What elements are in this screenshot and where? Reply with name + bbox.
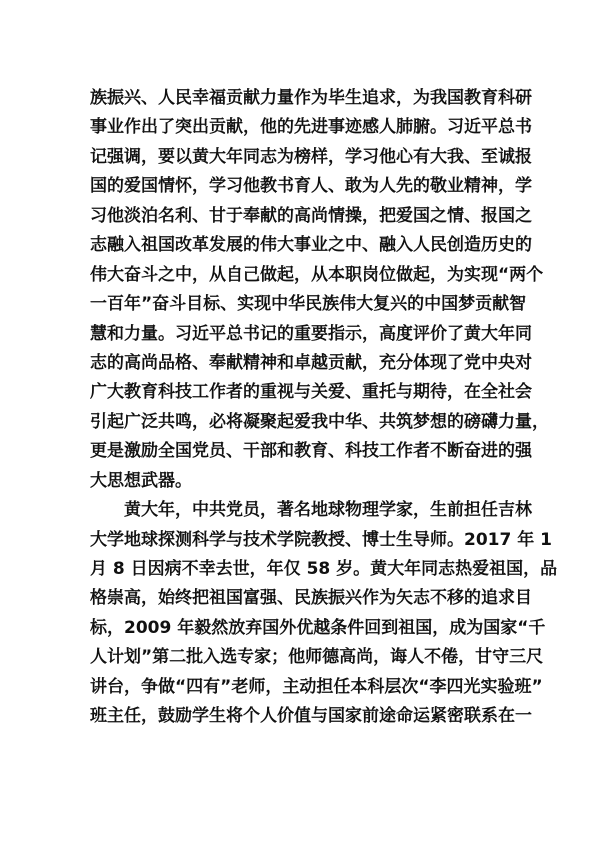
text-line: 国的爱国情怀，学习他教书育人、敢为人先的敬业精神，学	[90, 172, 507, 201]
text-line: 事业作出了突出贡献，他的先进事迹感人肺腑。习近平总书	[90, 113, 507, 142]
text-line: 标，2009 年毅然放弃国外优越条件回到祖国，成为国家“千	[90, 614, 507, 643]
text-line: 伟大奋斗之中，从自己做起，从本职岗位做起，为实现“两个	[90, 261, 507, 290]
paragraph-1: 族振兴、人民幸福贡献力量作为毕生追求，为我国教育科研 事业作出了突出贡献，他的先…	[90, 84, 507, 496]
text-line: 广大教育科技工作者的重视与关爱、重托与期待，在全社会	[90, 378, 507, 407]
text-line: 志融入祖国改革发展的伟大事业之中、融入人民创造历史的	[90, 231, 507, 260]
text-line: 大思想武器。	[90, 467, 507, 496]
text-line: 引起广泛共鸣，必将凝聚起爱我中华、共筑梦想的磅礴力量，	[90, 408, 507, 437]
text-line: 记强调，要以黄大年同志为榜样，学习他心有大我、至诚报	[90, 143, 507, 172]
text-line: 族振兴、人民幸福贡献力量作为毕生追求，为我国教育科研	[90, 84, 507, 113]
text-line: 讲台，争做“四有”老师，主动担任本科层次“李四光实验班”	[90, 673, 507, 702]
text-line: 大学地球探测科学与技术学院教授、博士生导师。2017 年 1	[90, 526, 507, 555]
text-line: 更是激励全国党员、干部和教育、科技工作者不断奋进的强	[90, 437, 507, 466]
text-line: 月 8 日因病不幸去世，年仅 58 岁。黄大年同志热爱祖国，品	[90, 555, 507, 584]
document-page: 族振兴、人民幸福贡献力量作为毕生追求，为我国教育科研 事业作出了突出贡献，他的先…	[90, 84, 507, 732]
text-line: 一百年”奋斗目标、实现中华民族伟大复兴的中国梦贡献智	[90, 290, 507, 319]
text-line: 习他淡泊名利、甘于奉献的高尚情操，把爱国之情、报国之	[90, 202, 507, 231]
text-line: 人计划”第二批入选专家；他师德高尚，诲人不倦，甘守三尺	[90, 643, 507, 672]
text-line: 班主任，鼓励学生将个人价值与国家前途命运紧密联系在一	[90, 702, 507, 731]
text-line: 黄大年，中共党员，著名地球物理学家，生前担任吉林	[90, 496, 507, 525]
text-line: 慧和力量。习近平总书记的重要指示，高度评价了黄大年同	[90, 320, 507, 349]
text-line: 格崇高，始终把祖国富强、民族振兴作为矢志不移的追求目	[90, 584, 507, 613]
text-line: 志的高尚品格、奉献精神和卓越贡献，充分体现了党中央对	[90, 349, 507, 378]
paragraph-2: 黄大年，中共党员，著名地球物理学家，生前担任吉林 大学地球探测科学与技术学院教授…	[90, 496, 507, 732]
